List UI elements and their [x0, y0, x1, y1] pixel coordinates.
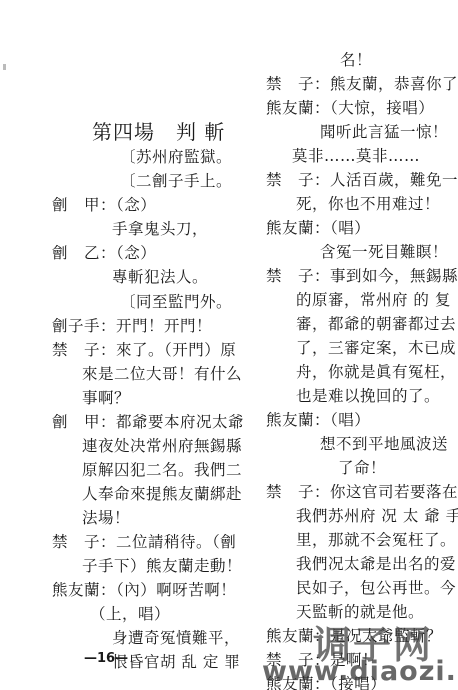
script-line: 熊友蘭：（唱）	[266, 410, 370, 430]
script-page: 第四場 判 斬 〔苏州府監獄。〔二劊子手上。劊 甲：（念）手拿鬼头刀，劊 乙：（…	[0, 0, 458, 690]
script-line: （上，唱）	[90, 604, 170, 624]
script-line: 恨昏官胡 乱 定 罪	[112, 652, 240, 672]
script-line: 〔苏州府監獄。	[120, 147, 232, 167]
script-line: 禁 子：來了。（开門）原	[52, 340, 236, 360]
script-line: 〔同至監門外。	[120, 292, 232, 312]
script-line: 熊友蘭：（唱）	[266, 218, 370, 238]
script-line: 〔二劊子手上。	[120, 171, 232, 191]
script-line: 專斬犯法人。	[112, 267, 208, 287]
script-line: 禁 子：事到如今，無錫縣	[266, 266, 458, 286]
script-line: 原解囚犯二名。我們二	[82, 460, 242, 480]
script-line: 熊友蘭：（內）啊呀苦啊！	[52, 580, 236, 600]
script-line: 熊友蘭：（大惊，接唱）	[266, 98, 434, 118]
script-line: 舟，你就是眞有冤枉，	[296, 362, 456, 382]
script-line: 手拿鬼头刀，	[112, 219, 208, 239]
script-line: 禁 子：你这官司若要落在	[266, 482, 458, 502]
script-line: 了命！	[338, 458, 386, 478]
script-line: 來是二位大哥！有什么	[82, 364, 242, 384]
script-line: 名！	[340, 50, 372, 70]
script-line: 禁 子：二位請稍待。（劊	[52, 532, 236, 552]
scan-speck	[3, 64, 6, 70]
script-line: 劊 乙：（念）	[52, 243, 156, 263]
script-line: 子手下）熊友蘭走動！	[82, 556, 242, 576]
script-line: 莫非……莫非……	[292, 146, 420, 166]
script-line: 死，你也不用难过！	[296, 194, 440, 214]
watermark-url: www.diaozi.com	[262, 656, 458, 687]
script-line: 事啊？	[82, 388, 130, 408]
script-line: 想不到平地風波送	[320, 434, 448, 454]
script-line: 禁 子：人活百歲，難免一	[266, 170, 458, 190]
script-line: 了，三審定案，木已成	[296, 338, 456, 358]
script-line: 連夜处决常州府無錫縣	[82, 436, 242, 456]
script-line: 我們苏州府 况 太 爺 手	[296, 506, 458, 526]
page-number: —16—	[84, 651, 128, 666]
script-line: 法場！	[82, 508, 130, 528]
script-line: 禁 子：熊友蘭，恭喜你了！	[266, 74, 458, 94]
script-line: 審，都爺的朝審都过去	[296, 314, 456, 334]
script-line: 身遭奇冤憤難平，	[112, 628, 240, 648]
script-line: 劊 甲：都爺要本府况太爺	[52, 412, 244, 432]
script-line: 的原審，常州府 的 复	[296, 290, 451, 310]
script-line: 聞听此言猛一惊！	[320, 122, 448, 142]
script-line: 民如子，包公再世。今	[296, 578, 456, 598]
script-line: 劊子手：开門！开門！	[52, 316, 212, 336]
script-line: 劊 甲：（念）	[52, 195, 156, 215]
script-line: 里，那就不会冤枉了。	[296, 530, 456, 550]
scene-title: 第四場 判 斬	[92, 116, 225, 145]
script-line: 含冤一死目難瞑！	[320, 242, 448, 262]
script-line: 我們况太爺是出名的爱	[296, 554, 456, 574]
script-line: 也是难以挽回的了。	[296, 386, 440, 406]
script-line: 人奉命來提熊友蘭綁赴	[82, 484, 242, 504]
